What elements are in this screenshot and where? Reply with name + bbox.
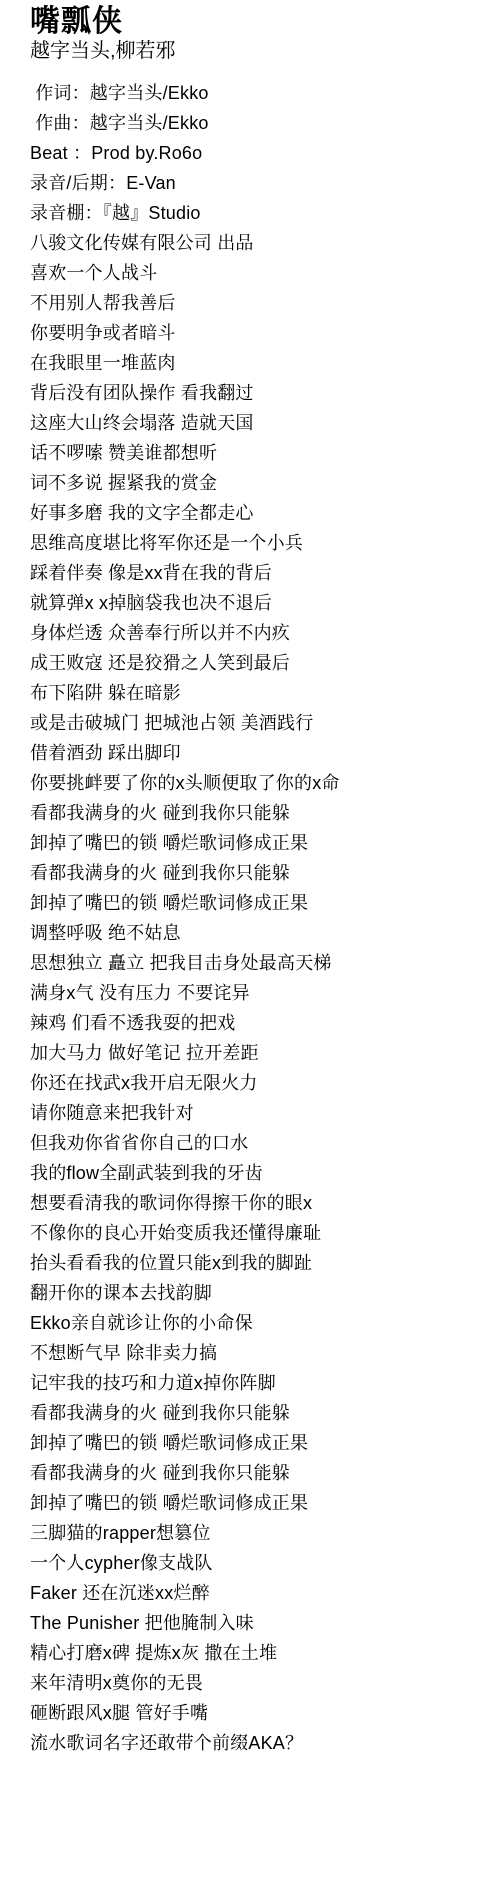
lyric-line: 踩着伴奏 像是xx背在我的背后 — [30, 558, 488, 588]
lyric-line: 你要挑衅要了你的x头顺便取了你的x命 — [30, 768, 488, 798]
lyric-line: 或是击破城门 把城池占领 美酒践行 — [30, 708, 488, 738]
lyric-line: 思想独立 矗立 把我目击身处最高天梯 — [30, 948, 488, 978]
lyric-line: 卸掉了嘴巴的锁 嚼烂歌词修成正果 — [30, 1488, 488, 1518]
lyric-line: 喜欢一个人战斗 — [30, 258, 488, 288]
lyric-line: 在我眼里一堆蓝肉 — [30, 348, 488, 378]
lyric-line: 记牢我的技巧和力道x掉你阵脚 — [30, 1368, 488, 1398]
lyric-line: 看都我满身的火 碰到我你只能躲 — [30, 1458, 488, 1488]
lyric-line: 你还在找武x我开启无限火力 — [30, 1068, 488, 1098]
lyric-line: 卸掉了嘴巴的锁 嚼烂歌词修成正果 — [30, 1428, 488, 1458]
lyric-line: 翻开你的课本去找韵脚 — [30, 1278, 488, 1308]
lyrics-block: 喜欢一个人战斗不用别人帮我善后你要明争或者暗斗在我眼里一堆蓝肉背后没有团队操作 … — [30, 258, 488, 1758]
lyric-line: 思维高度堪比将军你还是一个小兵 — [30, 528, 488, 558]
lyric-line: 砸断跟风x腿 管好手嘴 — [30, 1698, 488, 1728]
lyric-line: 看都我满身的火 碰到我你只能躲 — [30, 798, 488, 828]
credit-line: 八骏文化传媒有限公司 出品 — [30, 228, 488, 258]
lyric-line: 话不啰嗦 赞美谁都想听 — [30, 438, 488, 468]
lyric-line: 卸掉了嘴巴的锁 嚼烂歌词修成正果 — [30, 888, 488, 918]
song-title: 嘴瓢侠 — [30, 0, 488, 39]
credit-line: 作曲：越字当头/Ekko — [30, 108, 488, 138]
lyric-line: 你要明争或者暗斗 — [30, 318, 488, 348]
lyric-line: 借着酒劲 踩出脚印 — [30, 738, 488, 768]
credit-line: 录音棚：『越』Studio — [30, 198, 488, 228]
lyric-line: 成王败寇 还是狡猾之人笑到最后 — [30, 648, 488, 678]
credits-block: 作词：越字当头/Ekko 作曲：越字当头/EkkoBeat ：Prod by.R… — [30, 78, 488, 258]
lyrics-page: 嘴瓢侠 越字当头,柳若邪 作词：越字当头/Ekko 作曲：越字当头/EkkoBe… — [0, 0, 500, 1758]
lyric-line: 词不多说 握紧我的赏金 — [30, 468, 488, 498]
lyric-line: 布下陷阱 躲在暗影 — [30, 678, 488, 708]
lyric-line: Ekko亲自就诊让你的小命保 — [30, 1308, 488, 1338]
lyric-line: 卸掉了嘴巴的锁 嚼烂歌词修成正果 — [30, 828, 488, 858]
lyric-line: 精心打磨x碑 提炼x灰 撒在土堆 — [30, 1638, 488, 1668]
credit-line: Beat ：Prod by.Ro6o — [30, 138, 488, 168]
lyric-line: 不像你的良心开始变质我还懂得廉耻 — [30, 1218, 488, 1248]
lyric-line: 三脚猫的rapper想篡位 — [30, 1518, 488, 1548]
lyric-line: 不想断气早 除非卖力搞 — [30, 1338, 488, 1368]
lyric-line: 就算弹x x掉脑袋我也决不退后 — [30, 588, 488, 618]
lyric-line: The Punisher 把他腌制入味 — [30, 1608, 488, 1638]
lyric-line: 来年清明x奠你的无畏 — [30, 1668, 488, 1698]
text-body: 作词：越字当头/Ekko 作曲：越字当头/EkkoBeat ：Prod by.R… — [30, 78, 488, 1758]
lyric-line: 一个人cypher像支战队 — [30, 1548, 488, 1578]
credit-line: 作词：越字当头/Ekko — [30, 78, 488, 108]
lyric-line: 我的flow全副武装到我的牙齿 — [30, 1158, 488, 1188]
lyric-line: 调整呼吸 绝不姑息 — [30, 918, 488, 948]
lyric-line: 但我劝你省省你自己的口水 — [30, 1128, 488, 1158]
credit-line: 录音/后期：E-Van — [30, 168, 488, 198]
lyric-line: 请你随意来把我针对 — [30, 1098, 488, 1128]
lyric-line: 抬头看看我的位置只能x到我的脚趾 — [30, 1248, 488, 1278]
lyric-line: 加大马力 做好笔记 拉开差距 — [30, 1038, 488, 1068]
lyric-line: 看都我满身的火 碰到我你只能躲 — [30, 858, 488, 888]
lyric-line: 背后没有团队操作 看我翻过 — [30, 378, 488, 408]
song-artists: 越字当头,柳若邪 — [30, 39, 488, 63]
lyric-line: 辣鸡 们看不透我耍的把戏 — [30, 1008, 488, 1038]
lyric-line: 不用别人帮我善后 — [30, 288, 488, 318]
lyric-line: 这座大山终会塌落 造就天国 — [30, 408, 488, 438]
lyric-line: 看都我满身的火 碰到我你只能躲 — [30, 1398, 488, 1428]
lyric-line: 满身x气 没有压力 不要诧异 — [30, 978, 488, 1008]
lyric-line: 好事多磨 我的文字全都走心 — [30, 498, 488, 528]
lyric-line: 流水歌词名字还敢带个前缀AKA？ — [30, 1728, 488, 1758]
lyric-line: 想要看清我的歌词你得擦干你的眼x — [30, 1188, 488, 1218]
lyric-line: Faker 还在沉迷xx烂醉 — [30, 1578, 488, 1608]
lyric-line: 身体烂透 众善奉行所以并不内疚 — [30, 618, 488, 648]
